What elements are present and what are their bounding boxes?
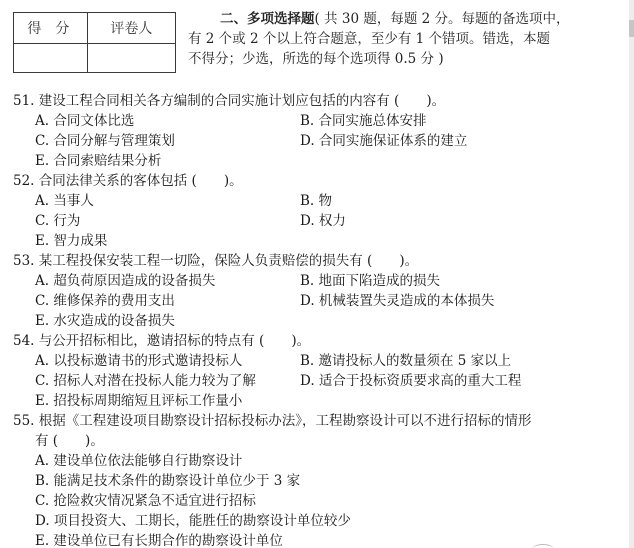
option-c: C. 维修保养的费用支出 <box>35 291 300 311</box>
grader-value-cell <box>87 44 175 73</box>
exam-page: 得分 评卷人 二、多项选择题( 共 30 题，每题 2 分。每题的备选项中， 有… <box>0 0 629 548</box>
page-stamp-mark <box>532 544 554 548</box>
question-options: A. 超负荷原因造成的设备损失 B. 地面下陷造成的损失 C. 维修保养的费用支… <box>13 271 593 331</box>
score-table: 得分 评卷人 <box>13 12 176 73</box>
option-b: B. 能满足技术条件的勘察设计单位少于 3 家 <box>35 471 580 491</box>
question-options: A. 以投标邀请书的形式邀请投标人 B. 邀请投标人的数量须在 5 家以上 C.… <box>13 351 593 411</box>
option-a: A. 合同文体比选 <box>35 111 300 131</box>
option-a: A. 以投标邀请书的形式邀请投标人 <box>35 351 300 371</box>
section-instructions-line-1: 二、多项选择题( 共 30 题，每题 2 分。每题的备选项中， <box>188 9 580 29</box>
question-53: 53. 某工程投保安装工程一切险，保险人负责赔偿的损失有 ( )。 A. 超负荷… <box>13 251 593 331</box>
option-d: D. 机械装置失灵造成的本体损失 <box>300 291 580 311</box>
option-d: D. 合同实施保证体系的建立 <box>300 131 580 151</box>
option-c: C. 合同分解与管理策划 <box>35 131 300 151</box>
grader-header: 评卷人 <box>87 13 175 44</box>
question-stem: 53. 某工程投保安装工程一切险，保险人负责赔偿的损失有 ( )。 <box>13 251 593 271</box>
question-options: A. 合同文体比选 B. 合同实施总体安排 C. 合同分解与管理策划 D. 合同… <box>13 111 593 171</box>
option-e: E. 招投标周期缩短且评标工作量小 <box>35 391 580 411</box>
question-options: A. 建设单位依法能够自行勘察设计 B. 能满足技术条件的勘察设计单位少于 3 … <box>13 451 593 548</box>
option-e: E. 水灾造成的设备损失 <box>35 311 580 331</box>
question-52: 52. 合同法律关系的客体包括 ( )。 A. 当事人 B. 物 C. 行为 D… <box>13 171 593 251</box>
question-stem: 54. 与公开招标相比，邀请招标的特点有 ( )。 <box>13 331 593 351</box>
question-55: 55. 根据《工程建设项目勘察设计招标投标办法》，工程勘察设计可以不进行招标的情… <box>13 411 593 548</box>
option-e: E. 合同索赔结果分析 <box>35 151 580 171</box>
question-stem: 55. 根据《工程建设项目勘察设计招标投标办法》，工程勘察设计可以不进行招标的情… <box>13 411 593 431</box>
option-d: D. 适合于投标资质要求高的重大工程 <box>300 371 580 391</box>
vertical-scrollbar[interactable] <box>629 0 634 548</box>
option-c: C. 行为 <box>35 211 300 231</box>
option-b: B. 地面下陷造成的损失 <box>300 271 580 291</box>
section-instructions-line-3: 不得分；少选，所选的每个选项得 0.5 分 ) <box>188 49 580 69</box>
option-c: C. 招标人对潜在投标人能力较为了解 <box>35 371 300 391</box>
question-stem: 51. 建设工程合同相关各方编制的合同实施计划应包括的内容有 ( )。 <box>13 91 593 111</box>
option-d: D. 项目投资大、工期长，能胜任的勘察设计单位较少 <box>35 511 580 531</box>
score-header: 得分 <box>14 13 88 44</box>
option-a: A. 当事人 <box>35 191 300 211</box>
option-d: D. 权力 <box>300 211 580 231</box>
section-instructions: 二、多项选择题( 共 30 题，每题 2 分。每题的备选项中， 有 2 个或 2… <box>188 9 580 69</box>
question-stem: 52. 合同法律关系的客体包括 ( )。 <box>13 171 593 191</box>
option-a: A. 建设单位依法能够自行勘察设计 <box>35 451 580 471</box>
option-e: E. 智力成果 <box>35 231 580 251</box>
scrollbar-thumb[interactable] <box>629 20 634 37</box>
option-b: B. 物 <box>300 191 580 211</box>
section-instructions-text-1: ( 共 30 题，每题 2 分。每题的备选项中， <box>315 11 570 27</box>
option-e: E. 建设单位已有长期合作的勘察设计单位 <box>35 531 580 548</box>
score-table-header-row: 得分 评卷人 <box>14 13 176 44</box>
score-table-value-row <box>14 44 176 73</box>
option-b: B. 邀请投标人的数量须在 5 家以上 <box>300 351 580 371</box>
question-51: 51. 建设工程合同相关各方编制的合同实施计划应包括的内容有 ( )。 A. 合… <box>13 91 593 171</box>
option-c: C. 抢险救灾情况紧急不适宜进行招标 <box>35 491 580 511</box>
question-options: A. 当事人 B. 物 C. 行为 D. 权力 E. 智力成果 <box>13 191 593 251</box>
score-value-cell <box>14 44 88 73</box>
question-54: 54. 与公开招标相比，邀请招标的特点有 ( )。 A. 以投标邀请书的形式邀请… <box>13 331 593 411</box>
option-b: B. 合同实施总体安排 <box>300 111 580 131</box>
section-instructions-line-2: 有 2 个或 2 个以上符合题意，至少有 1 个错项。错选，本题 <box>188 29 580 49</box>
question-list: 51. 建设工程合同相关各方编制的合同实施计划应包括的内容有 ( )。 A. 合… <box>13 91 593 548</box>
section-title: 二、多项选择题 <box>220 11 315 27</box>
option-a: A. 超负荷原因造成的设备损失 <box>35 271 300 291</box>
question-stem-continuation: 有 ( )。 <box>13 431 593 451</box>
